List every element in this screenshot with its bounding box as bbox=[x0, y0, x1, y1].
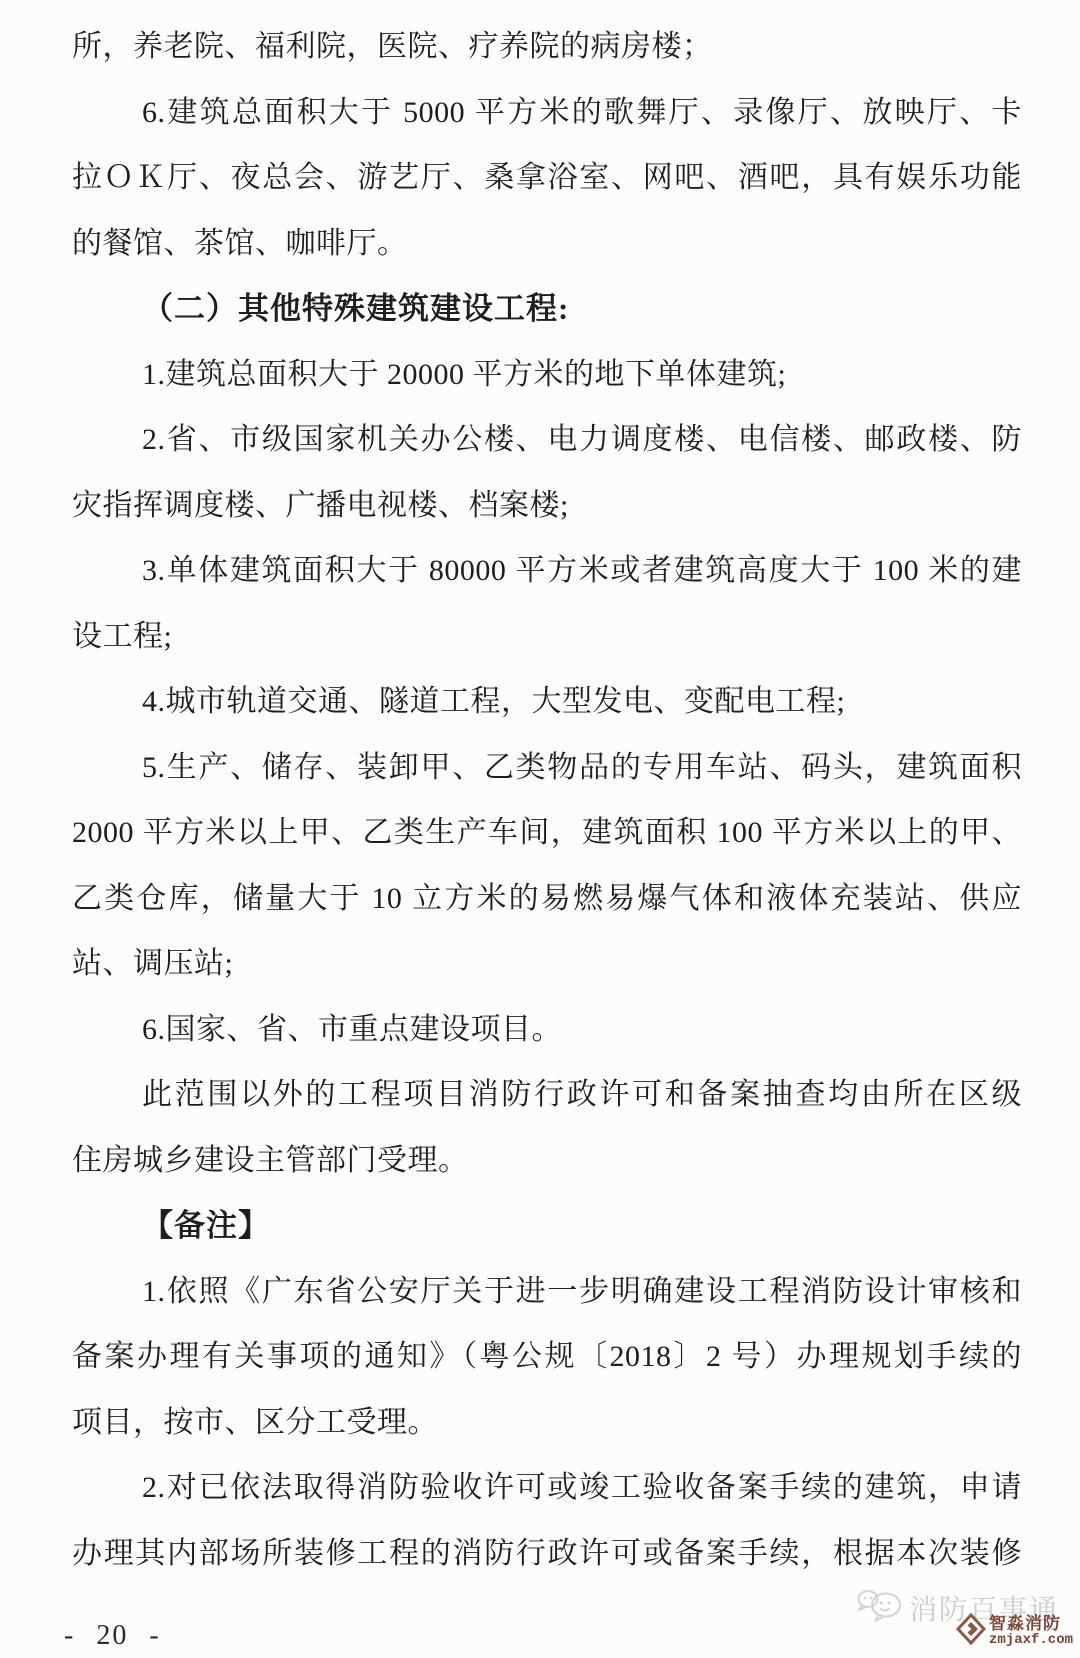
text-line: 4.城市轨道交通、隧道工程，大型发电、变配电工程; bbox=[72, 669, 1022, 735]
text-line: 2.省、市级国家机关办公楼、电力调度楼、电信楼、邮政楼、防 bbox=[72, 407, 1022, 473]
text-line: 住房城乡建设主管部门受理。 bbox=[72, 1128, 1022, 1194]
chat-bubble-face-icon bbox=[856, 1586, 904, 1629]
text-line: 办理其内部场所装修工程的消防行政许可或备案手续，根据本次装修 bbox=[72, 1521, 1022, 1587]
text-line: 5.生产、储存、装卸甲、乙类物品的专用车站、码头，建筑面积 bbox=[72, 735, 1022, 801]
text-line: 灾指挥调度楼、广播电视楼、档案楼; bbox=[72, 473, 1022, 539]
text-line: 2.对已依法取得消防验收许可或竣工验收备案手续的建筑，申请 bbox=[72, 1455, 1022, 1521]
text-line: 此范围以外的工程项目消防行政许可和备案抽查均由所在区级 bbox=[72, 1062, 1022, 1128]
vendor-mark: 智淼消防 zmjaxf.com bbox=[956, 1612, 1073, 1651]
text-line: 站、调压站; bbox=[72, 931, 1022, 997]
text-line: 3.单体建筑面积大于 80000 平方米或者建筑高度大于 100 米的建 bbox=[72, 538, 1022, 604]
diamond-arrow-logo-icon bbox=[956, 1612, 986, 1651]
text-line: 2000 平方米以上甲、乙类生产车间，建筑面积 100 平方米以上的甲、 bbox=[72, 800, 1022, 866]
text-line: 所，养老院、福利院，医院、疗养院的病房楼； bbox=[72, 14, 1022, 80]
vendor-name: 智淼消防 bbox=[989, 1615, 1073, 1633]
document-body: 所，养老院、福利院，医院、疗养院的病房楼；6.建筑总面积大于 5000 平方米的… bbox=[72, 14, 1022, 1586]
document-page: 所，养老院、福利院，医院、疗养院的病房楼；6.建筑总面积大于 5000 平方米的… bbox=[0, 0, 1080, 1658]
heading-line: 【备注】 bbox=[72, 1193, 1022, 1259]
text-line: 拉ＯＫ厅、夜总会、游艺厅、桑拿浴室、网吧、酒吧，具有娱乐功能 bbox=[72, 145, 1022, 211]
vendor-url: zmjaxf.com bbox=[989, 1633, 1073, 1648]
text-line: 1.建筑总面积大于 20000 平方米的地下单体建筑; bbox=[72, 342, 1022, 408]
text-line: 项目，按市、区分工受理。 bbox=[72, 1390, 1022, 1456]
text-line: 6.建筑总面积大于 5000 平方米的歌舞厅、录像厅、放映厅、卡 bbox=[72, 80, 1022, 146]
heading-line: （二）其他特殊建筑建设工程: bbox=[72, 276, 1022, 342]
text-line: 的餐馆、茶馆、咖啡厅。 bbox=[72, 211, 1022, 277]
text-line: 6.国家、省、市重点建设项目。 bbox=[72, 997, 1022, 1063]
text-line: 设工程; bbox=[72, 604, 1022, 670]
text-line: 备案办理有关事项的通知》（粤公规〔2018〕2 号）办理规划手续的 bbox=[72, 1324, 1022, 1390]
text-line: 1.依照《广东省公安厅关于进一步明确建设工程消防设计审核和 bbox=[72, 1259, 1022, 1325]
page-number: - 20 - bbox=[64, 1620, 161, 1652]
text-line: 乙类仓库，储量大于 10 立方米的易燃易爆气体和液体充装站、供应 bbox=[72, 866, 1022, 932]
